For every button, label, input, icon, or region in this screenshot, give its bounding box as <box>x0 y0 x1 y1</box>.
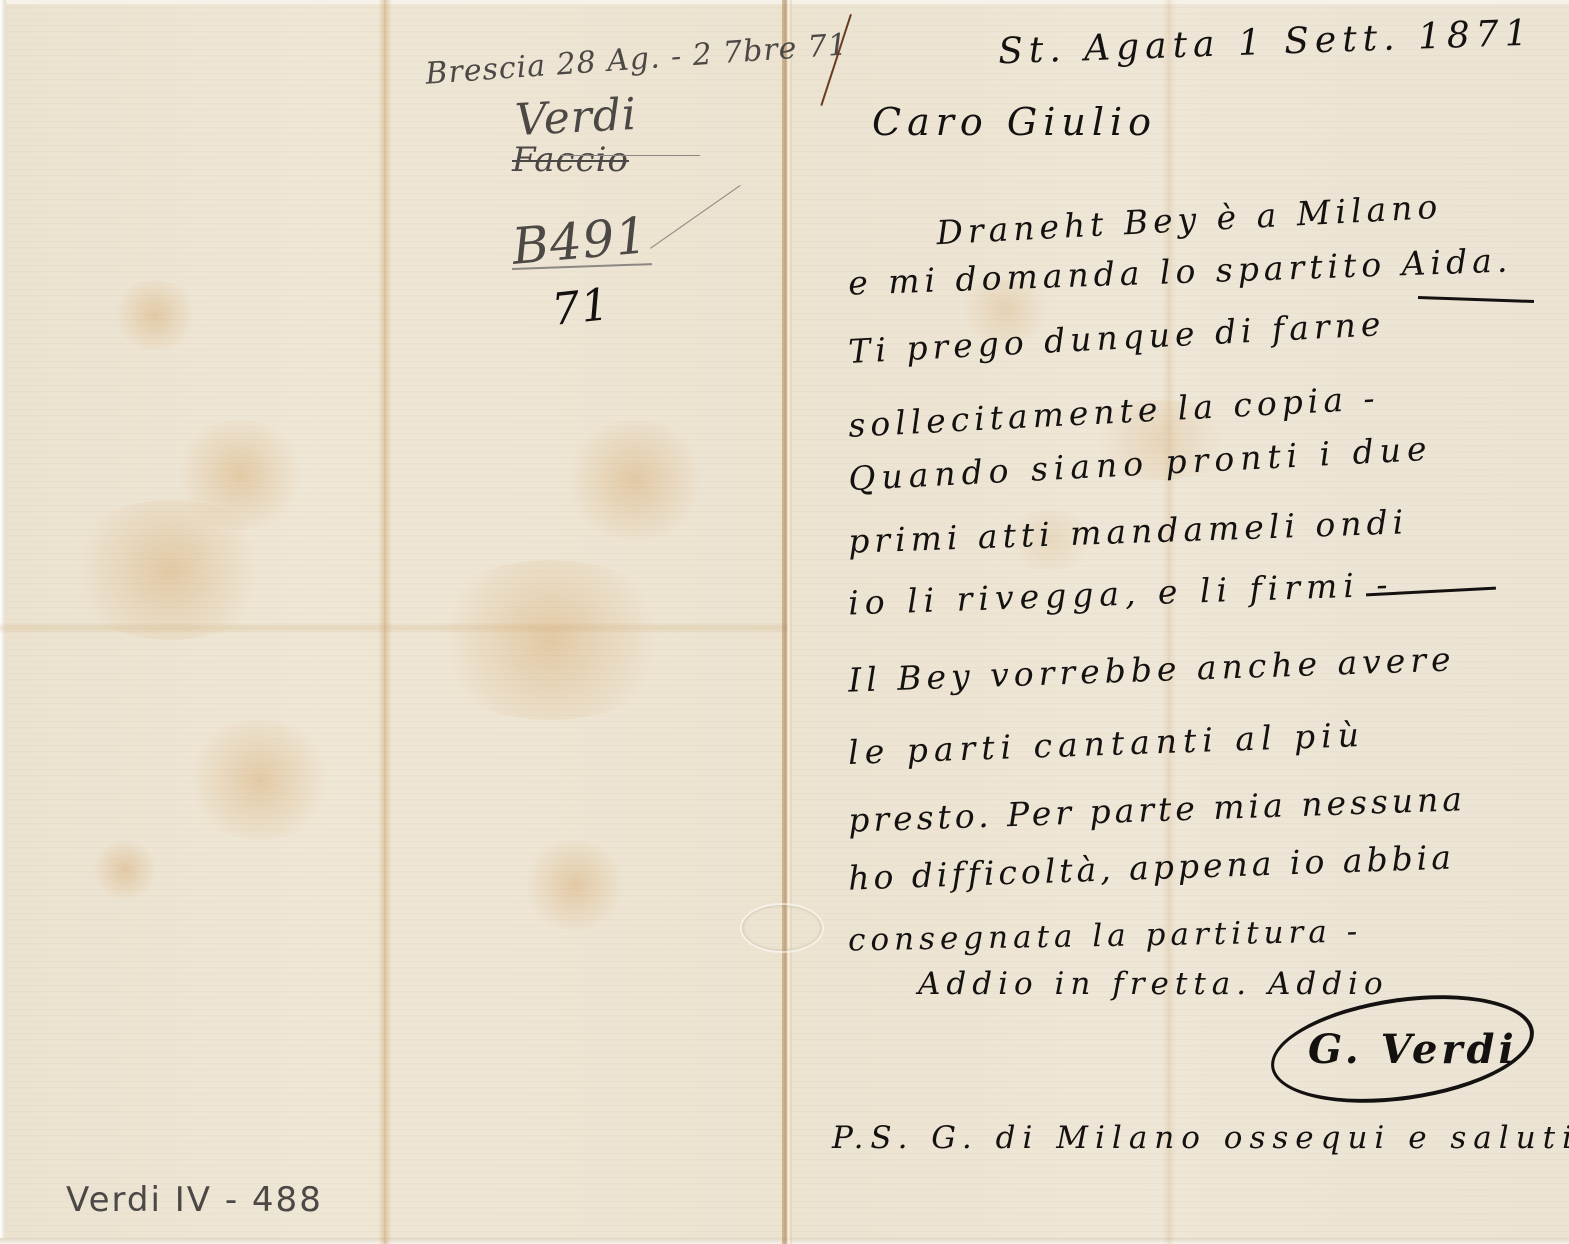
letter-closing: Addio in fretta. Addio <box>918 966 1389 1002</box>
letter-line-8: Il Bey vorrebbe anche avere <box>848 639 1457 699</box>
letter-line-12: consegnata la partitura - <box>848 914 1363 959</box>
letter-line-1: Draneht Bey è a Milano <box>935 187 1443 252</box>
letter-line-6: primi atti mandameli ondi <box>847 502 1408 561</box>
archive-note-name: Verdi <box>514 89 639 146</box>
letter-postscript: P.S. G. di Milano ossequi e saluti <box>832 1120 1569 1156</box>
archive-note-dates: Brescia 28 Ag. - 2 7bre 71 <box>424 27 849 91</box>
catalog-year: 71 <box>549 279 612 336</box>
strike-extension-line <box>560 155 700 156</box>
letter-line-7: io li rivegga, e li firmi - <box>847 564 1394 622</box>
letter-line-11: ho difficoltà, appena io abbia <box>848 837 1456 897</box>
archive-reference-note: Verdi IV - 488 <box>66 1180 323 1220</box>
letter-line-10: presto. Per parte mia nessuna <box>848 779 1467 840</box>
catalog-pencil-stroke <box>650 185 741 249</box>
letter-salutation: Caro Giulio <box>872 100 1157 144</box>
letter-dateline: St. Agata 1 Sett. 1871 <box>997 13 1534 73</box>
letter-line-3: Ti prego dunque di farne <box>847 304 1386 371</box>
underline-aida <box>1418 296 1534 303</box>
archive-note-struck-name: Faccio <box>512 140 629 180</box>
letter-scan: Brescia 28 Ag. - 2 7bre 71 Verdi Faccio … <box>0 0 1569 1244</box>
letter-line-9: le parti cantanti al più <box>847 715 1365 772</box>
red-pencil-mark <box>820 14 852 106</box>
left-page: Brescia 28 Ag. - 2 7bre 71 Verdi Faccio … <box>0 0 788 1244</box>
